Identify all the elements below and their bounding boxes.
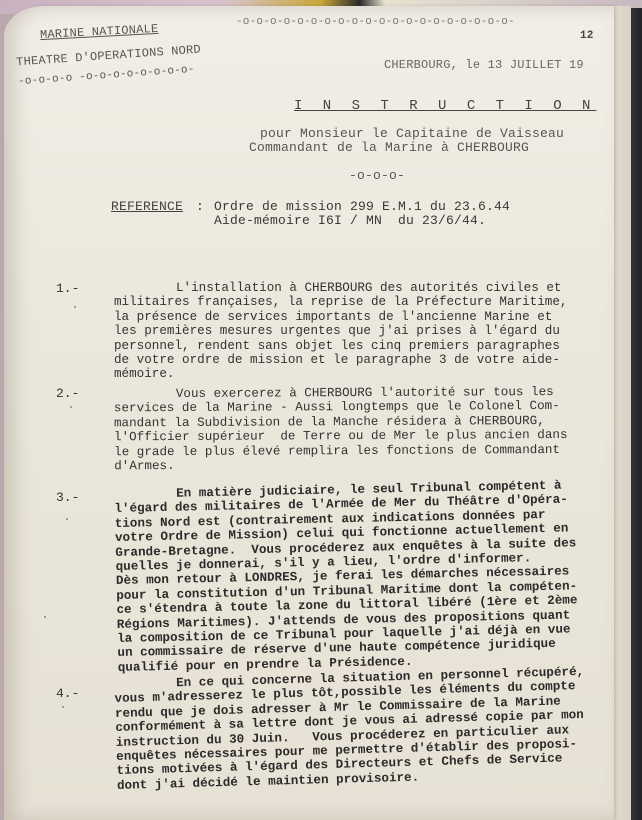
reference-colon: :: [196, 199, 204, 214]
recipient-line-2: Commandant de la Marine à CHERBOURG: [249, 140, 529, 155]
paragraph-2: Vous exercerez à CHERBOURG l'autorité su…: [114, 385, 614, 474]
paper-speck: [62, 706, 64, 708]
organization-name: MARINE NATIONALE: [40, 22, 159, 42]
paragraph-line: d'Armes.: [114, 457, 614, 474]
paper-speck: [74, 306, 76, 308]
page-number: 12: [580, 30, 594, 42]
paragraph-number: 2.-: [56, 386, 79, 401]
title-separator: -o-o-o-: [349, 168, 405, 183]
reference-label: REFERENCE: [111, 199, 183, 214]
top-decoration: -o-o-o-o-o-o-o-o-o-o-o-o-o-o-o-o-o-o-o-o…: [236, 16, 515, 28]
paragraph-line: mémoire.: [114, 367, 614, 381]
paper-speck: [44, 616, 46, 618]
document-title: I N S T R U C T I O N: [294, 98, 596, 114]
recipient-line-1: pour Monsieur le Capitaine de Vaisseau: [260, 126, 564, 141]
paragraph-line: les premières mesures urgentes que j'ai …: [114, 324, 614, 338]
reference-line-1: Ordre de mission 299 E.M.1 du 23.6.44: [214, 199, 510, 214]
paragraph-line: L'installation à CHERBOURG des autorités…: [114, 281, 614, 295]
place-date: CHERBOURG, le 13 JUILLET 19: [384, 58, 584, 72]
paragraph-number: 1.-: [56, 281, 79, 296]
reference-line-2: Aide-mémoire I6I / MN du 23/6/44.: [214, 213, 486, 228]
paragraph-line: militaires françaises, la reprise de la …: [114, 295, 614, 309]
paragraph-1: L'installation à CHERBOURG des autorités…: [114, 281, 614, 382]
paragraph-line: le grade le plus élevé remplira les fonc…: [114, 442, 614, 459]
document-page: MARINE NATIONALE THEATRE D'OPERATIONS NO…: [4, 6, 614, 820]
paragraph-line: de votre ordre de mission et le paragrap…: [114, 353, 614, 367]
paper-speck: [70, 406, 72, 408]
paragraph-number: 4.-: [56, 686, 79, 701]
paragraph-line: personnel, rendent sans objet les cinq p…: [114, 339, 614, 353]
paragraph-3: En matière judiciaire, le seul Tribunal …: [114, 478, 618, 676]
paper-speck: [66, 518, 68, 520]
paragraph-number: 3.-: [56, 490, 79, 505]
paragraph-4: En ce qui concerne la situation en perso…: [114, 664, 617, 793]
paragraph-line: la présence de services importants de l'…: [114, 310, 614, 324]
